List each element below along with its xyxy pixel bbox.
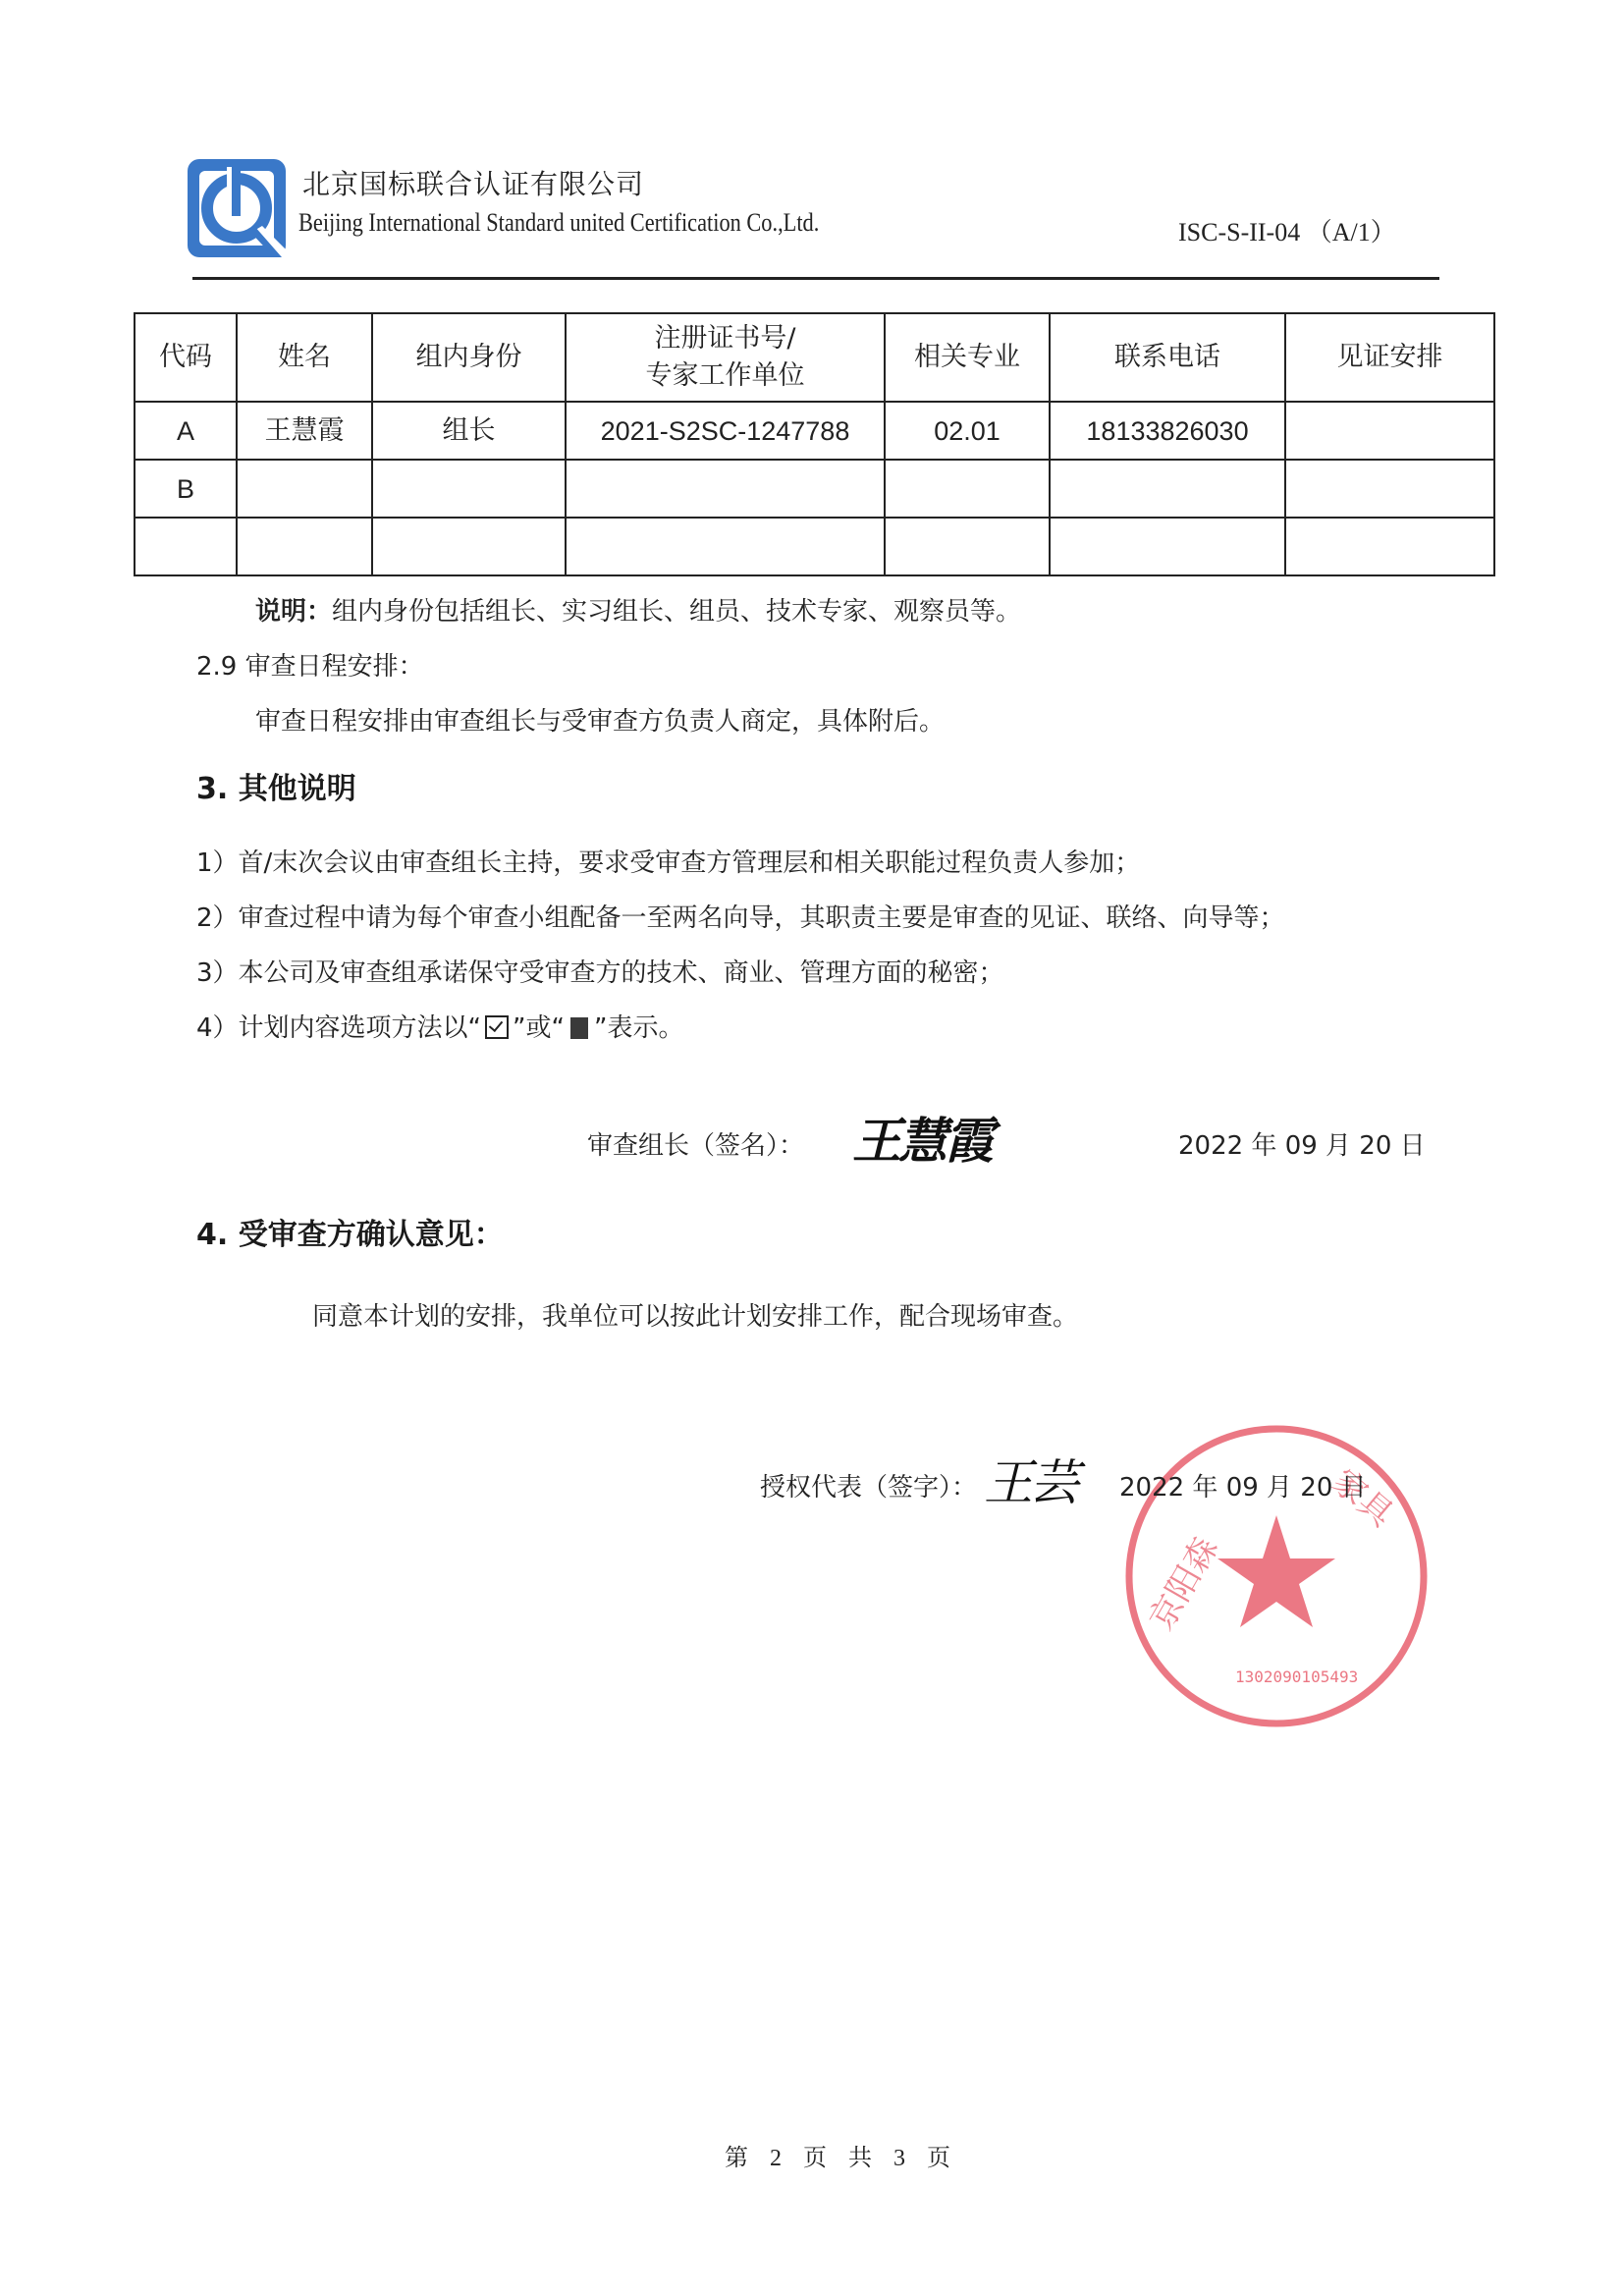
auditee-handwritten-signature: 王芸: [984, 1444, 1076, 1514]
cell-name: [237, 460, 372, 518]
section-3-item-1: 1）首/末次会议由审查组长主持，要求受审查方管理层和相关职能过程负责人参加；: [196, 843, 1140, 879]
company-logo-icon: [184, 155, 290, 261]
table-header-row: 代码 姓名 组内身份 注册证书号/ 专家工作单位 相关专业 联系电话 见证安排: [135, 313, 1494, 402]
cell-name: [237, 518, 372, 575]
section-2-9-body: 审查日程安排由审查组长与受审查方负责人商定，具体附后。: [255, 701, 945, 738]
document-number: ISC-S-II-04 （A/1）: [1178, 212, 1396, 248]
table-row: [135, 518, 1494, 575]
table-row: A 王慧霞 组长 2021-S2SC-1247788 02.01 1813382…: [135, 402, 1494, 460]
cell-name: 王慧霞: [237, 402, 372, 460]
cell-cert: 2021-S2SC-1247788: [566, 402, 885, 460]
column-header-witness: 见证安排: [1285, 313, 1494, 402]
page-indicator: 第 2 页 共 3 页: [725, 2138, 958, 2172]
company-name-cn: 北京国标联合认证有限公司: [302, 163, 644, 202]
column-header-phone: 联系电话: [1050, 313, 1285, 402]
open-quote: “: [552, 1013, 565, 1043]
auditee-signature-date: 2022 年 09 月 20 日: [1119, 1467, 1367, 1503]
table-row: B: [135, 460, 1494, 518]
seal-number: 1302090105493: [1235, 1667, 1358, 1686]
cell-role: [372, 460, 566, 518]
open-quote: “: [468, 1013, 481, 1043]
column-header-role: 组内身份: [372, 313, 566, 402]
filled-square-icon: [570, 1017, 588, 1039]
note-label: 说明：: [255, 597, 332, 627]
leader-signature-label: 审查组长（签名）：: [587, 1125, 804, 1162]
checkbox-checked-icon: [485, 1015, 509, 1039]
cell-code: B: [135, 460, 237, 518]
cell-specialty: [885, 518, 1050, 575]
cell-witness: [1285, 402, 1494, 460]
cell-code: [135, 518, 237, 575]
section-3-item-4: 4）计划内容选项方法以“”或“”表示。: [196, 1008, 684, 1044]
auditee-signature-label: 授权代表（签字）：: [760, 1467, 977, 1503]
close-quote: ”: [513, 1013, 525, 1043]
cell-phone: [1050, 518, 1285, 575]
column-header-specialty: 相关专业: [885, 313, 1050, 402]
cert-header-line2: 专家工作单位: [567, 357, 884, 395]
item-4-suffix: 表示。: [608, 1013, 684, 1043]
svg-text:京阳森: 京阳森: [1142, 1530, 1226, 1636]
item-4-prefix: 4）计划内容选项方法以: [196, 1013, 468, 1043]
cell-code: A: [135, 402, 237, 460]
company-name-en: Beijing International Standard united Ce…: [298, 208, 819, 238]
column-header-code: 代码: [135, 313, 237, 402]
cell-witness: [1285, 518, 1494, 575]
section-4-title: 4. 受审查方确认意见：: [196, 1210, 504, 1253]
cell-phone: 18133826030: [1050, 402, 1285, 460]
leader-handwritten-signature: 王慧霞: [852, 1102, 991, 1173]
cell-cert: [566, 518, 885, 575]
cell-specialty: [885, 460, 1050, 518]
header-divider: [192, 277, 1439, 280]
cell-role: [372, 518, 566, 575]
column-header-cert: 注册证书号/ 专家工作单位: [566, 313, 885, 402]
table-note: 说明：组内身份包括组长、实习组长、组员、技术专家、观察员等。: [255, 591, 1021, 628]
cell-specialty: 02.01: [885, 402, 1050, 460]
item-4-or: 或: [526, 1013, 552, 1043]
section-3-item-2: 2）审查过程中请为每个审查小组配备一至两名向导，其职责主要是审查的见证、联络、向…: [196, 898, 1285, 934]
section-2-9-title: 2.9 审查日程安排：: [196, 646, 424, 683]
section-3-title: 3. 其他说明: [196, 764, 356, 807]
leader-signature-date: 2022 年 09 月 20 日: [1178, 1125, 1426, 1162]
close-quote: ”: [594, 1013, 607, 1043]
cell-witness: [1285, 460, 1494, 518]
cert-header-line1: 注册证书号/: [567, 320, 884, 357]
section-3-item-3: 3）本公司及审查组承诺保守受审查方的技术、商业、管理方面的秘密；: [196, 953, 1004, 989]
company-seal-stamp: 1302090105493 京阳森 家具: [1119, 1419, 1434, 1733]
column-header-name: 姓名: [237, 313, 372, 402]
section-4-body: 同意本计划的安排，我单位可以按此计划安排工作，配合现场审查。: [312, 1296, 1078, 1333]
audit-team-table: 代码 姓名 组内身份 注册证书号/ 专家工作单位 相关专业 联系电话 见证安排 …: [134, 312, 1495, 576]
note-text: 组内身份包括组长、实习组长、组员、技术专家、观察员等。: [332, 597, 1021, 627]
cell-phone: [1050, 460, 1285, 518]
cell-role: 组长: [372, 402, 566, 460]
cell-cert: [566, 460, 885, 518]
